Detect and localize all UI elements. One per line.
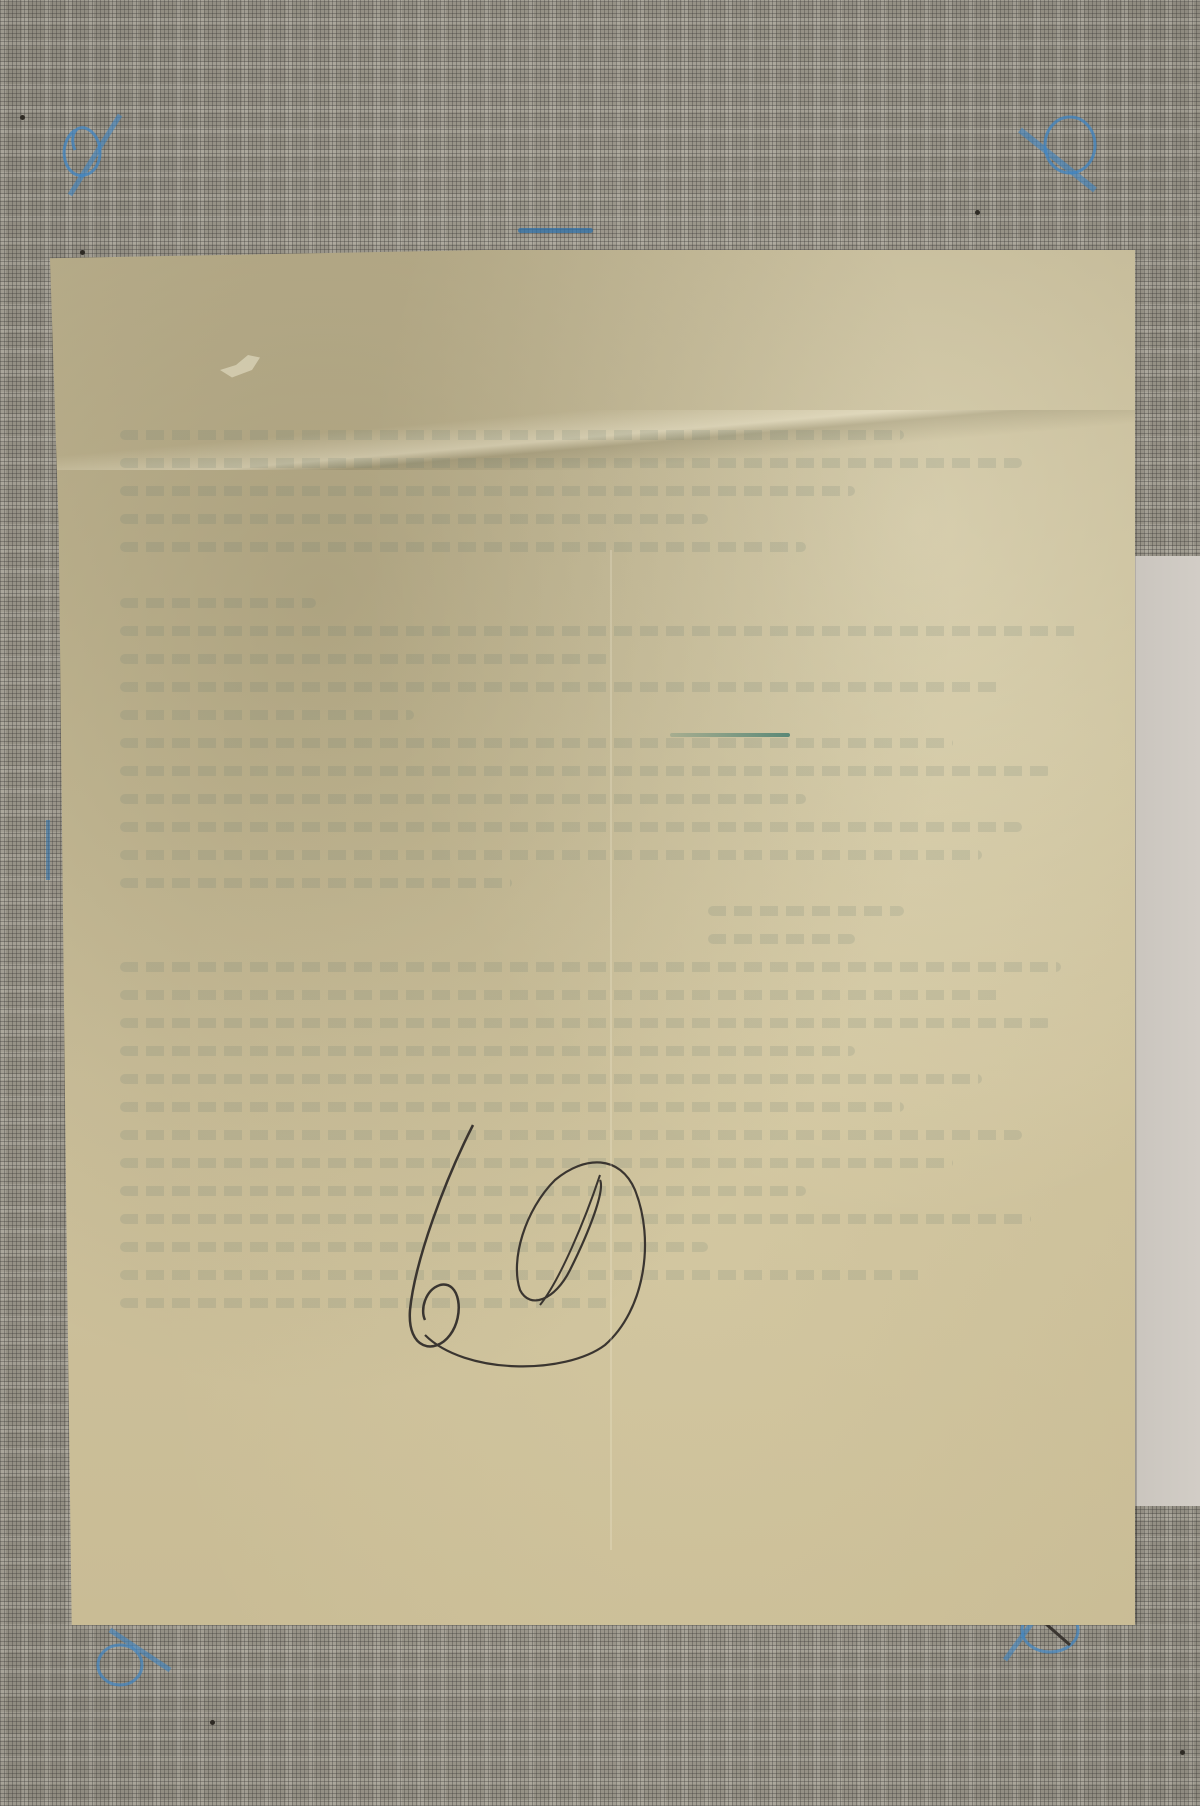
bleed-through-text: [120, 430, 1100, 1580]
debris-speck: [80, 250, 85, 255]
blue-crayon-tick: [46, 820, 50, 880]
teal-ink-mark: [670, 733, 790, 737]
debris-speck: [975, 210, 980, 215]
backing-sheet: [1126, 556, 1200, 1506]
debris-speck: [1180, 1750, 1185, 1755]
document-page: 60: [50, 250, 1135, 1625]
debris-speck: [210, 1720, 215, 1725]
paper-tear: [220, 355, 260, 380]
page-number-annotation: 60: [395, 1120, 725, 1380]
debris-speck: [20, 115, 25, 120]
corner-mark-icon: [45, 100, 135, 200]
corner-mark-icon: [1015, 100, 1105, 200]
blue-crayon-mark: [518, 228, 593, 233]
corner-mark-icon: [90, 1625, 180, 1725]
